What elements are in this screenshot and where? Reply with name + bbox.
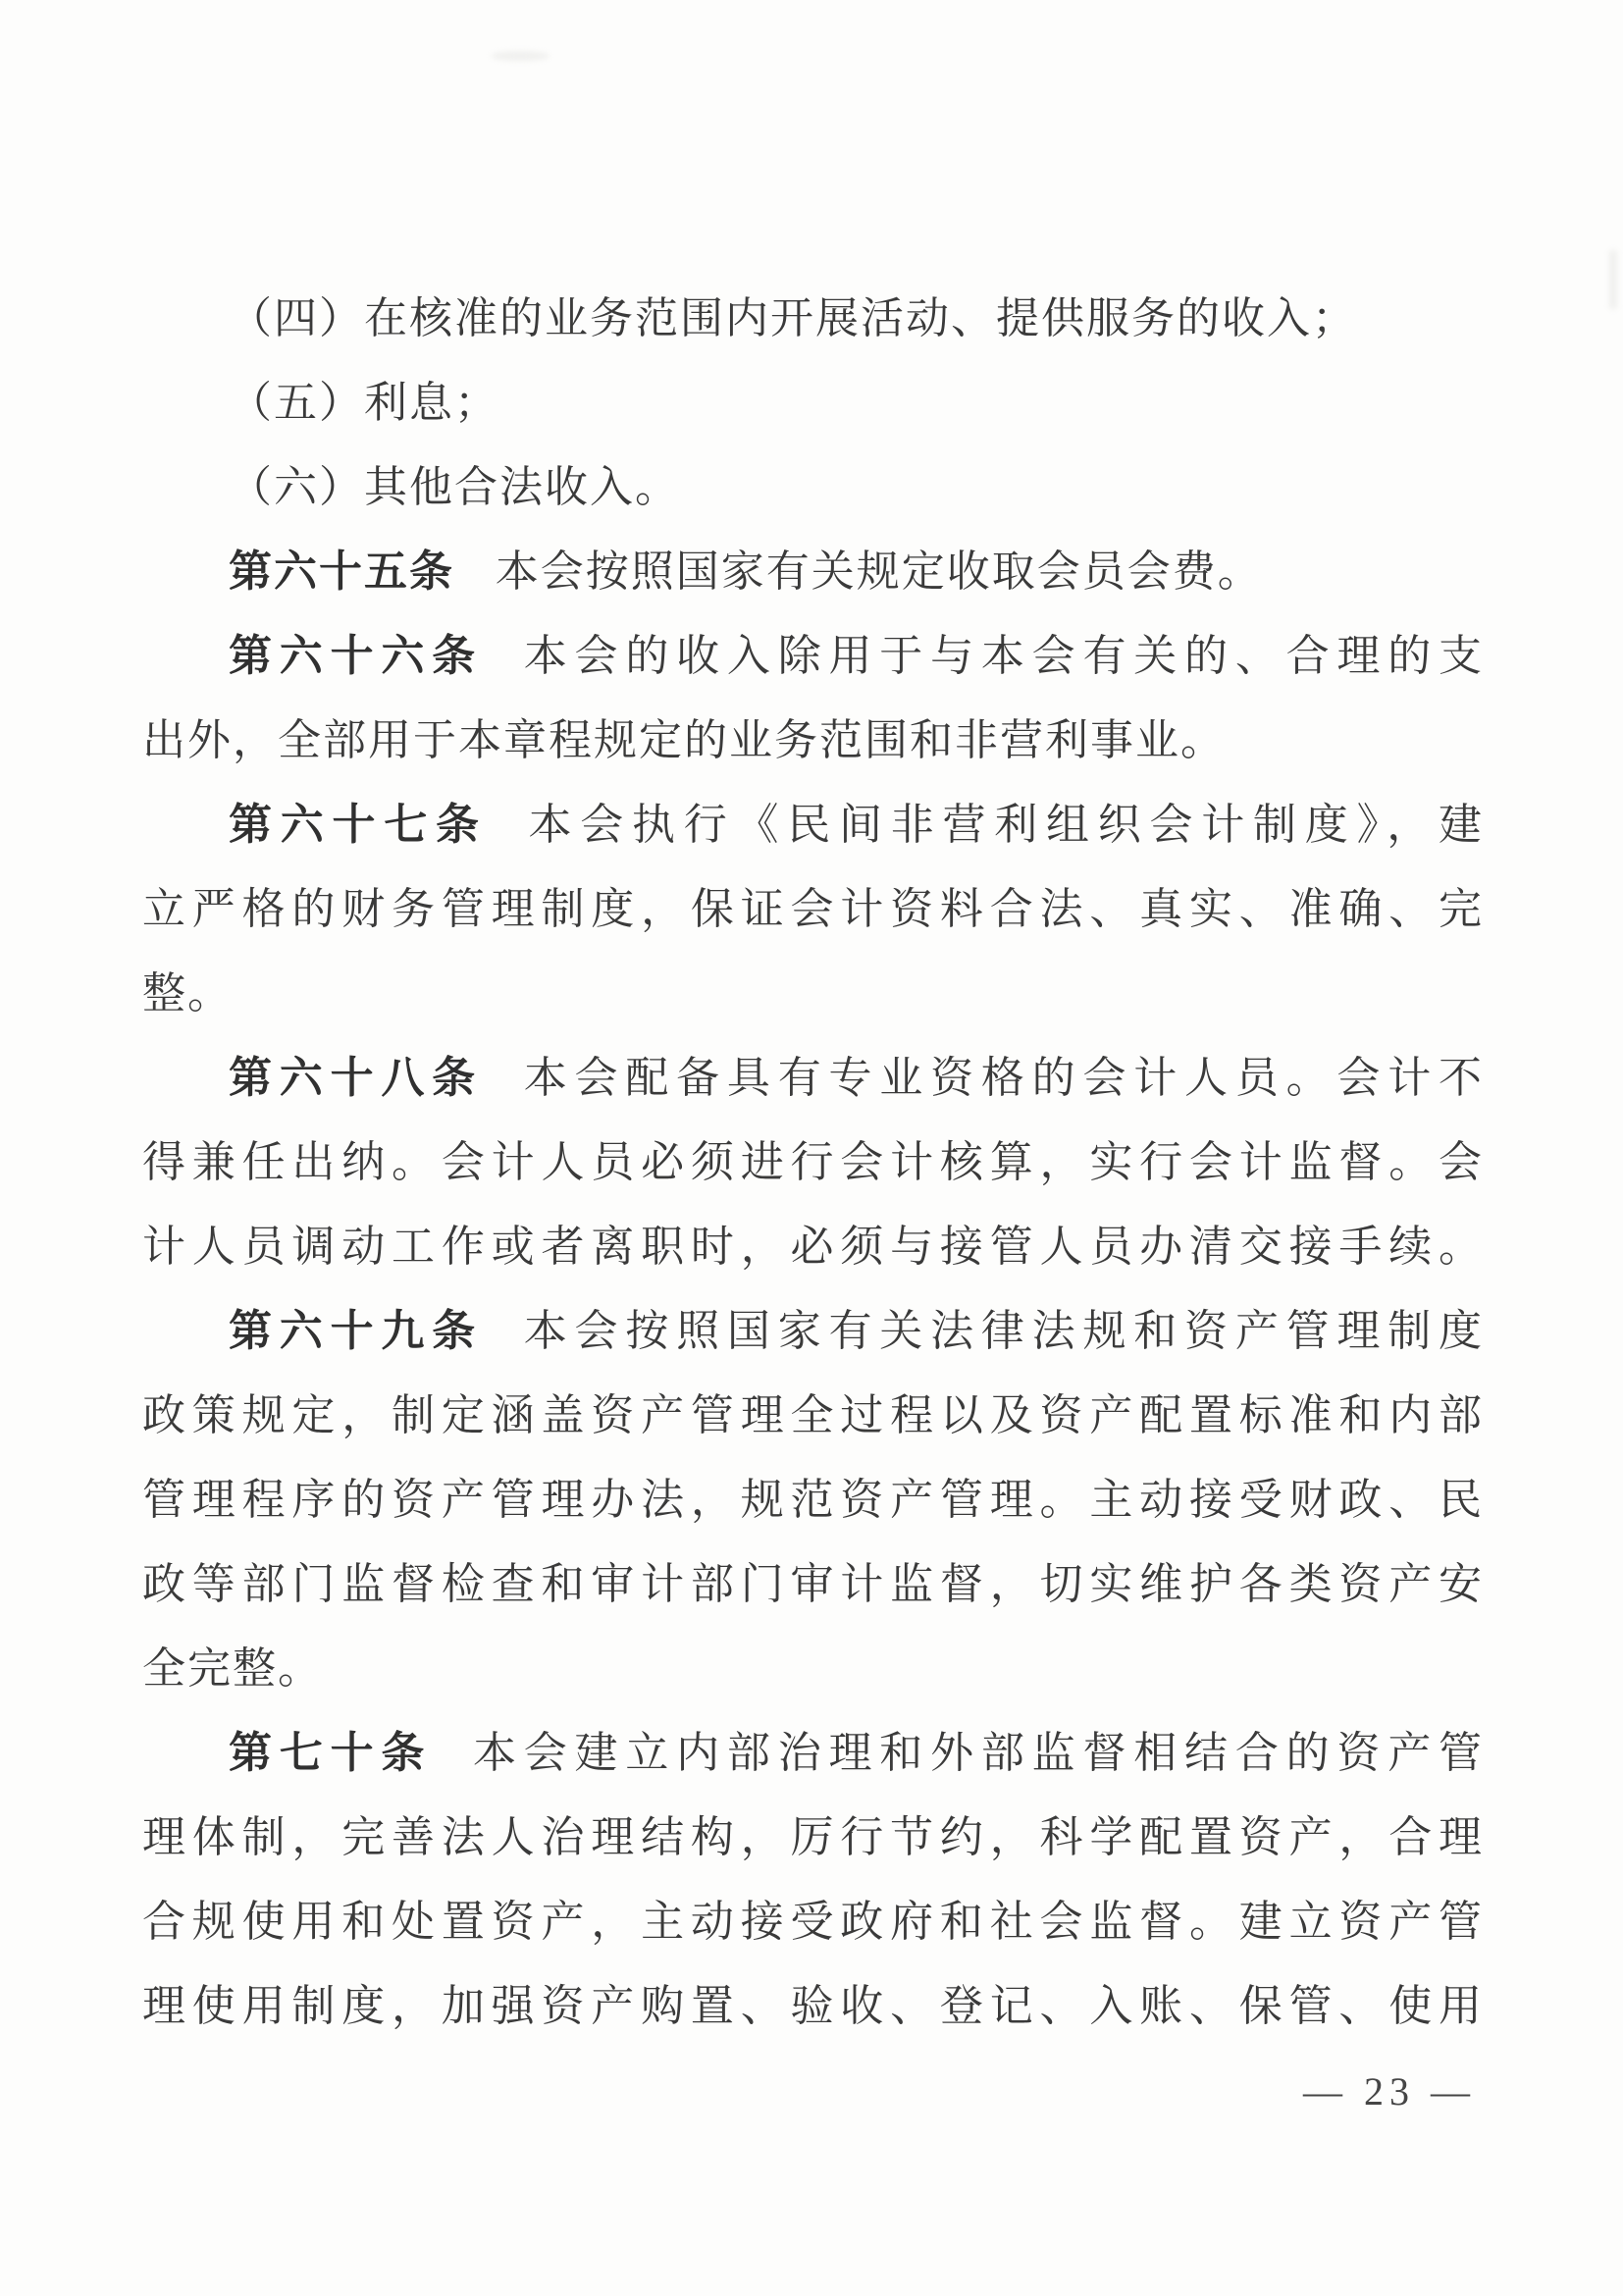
text-line: 管理程序的资产管理办法，规范资产管理。主动接受财政、民: [142, 1458, 1484, 1542]
text-line: （五）利息；: [142, 361, 1484, 445]
article-number: 第六十五条: [229, 548, 454, 596]
article-line: 第七十条本会建立内部治理和外部监督相结合的资产管: [142, 1711, 1484, 1796]
line-text: 本会建立内部治理和外部监督相结合的资产管: [473, 1729, 1484, 1777]
article-line: 第六十七条本会执行《民间非营利组织会计制度》，建: [142, 783, 1484, 867]
line-text: （六）其他合法收入。: [229, 463, 680, 511]
text-line: 合规使用和处置资产，主动接受政府和社会监督。建立资产管: [142, 1880, 1484, 1964]
text-line: 政等部门监督检查和审计部门审计监督，切实维护各类资产安: [142, 1542, 1484, 1627]
text-line: （四）在核准的业务范围内开展活动、提供服务的收入；: [142, 277, 1484, 361]
line-text: 立严格的财务管理制度，保证会计资料合法、真实、准确、完: [142, 885, 1484, 933]
text-line: 得兼任出纳。会计人员必须进行会计核算，实行会计监督。会: [142, 1121, 1484, 1205]
line-text: 理使用制度，加强资产购置、验收、登记、入账、保管、使用: [142, 1982, 1484, 2030]
text-line: 立严格的财务管理制度，保证会计资料合法、真实、准确、完: [142, 867, 1484, 952]
page-number: — 23 —: [142, 2062, 1484, 2121]
text-line: 整。: [142, 952, 1484, 1036]
line-text: 本会执行《民间非营利组织会计制度》，建: [529, 801, 1484, 849]
document-body: （四）在核准的业务范围内开展活动、提供服务的收入；（五）利息；（六）其他合法收入…: [142, 277, 1484, 2049]
line-text: 理体制，完善法人治理结构，厉行节约，科学配置资产，合理: [142, 1813, 1484, 1861]
line-text: 合规使用和处置资产，主动接受政府和社会监督。建立资产管: [142, 1898, 1484, 1946]
line-text: 计人员调动工作或者离职时，必须与接管人员办清交接手续。: [142, 1223, 1484, 1271]
text-line: （六）其他合法收入。: [142, 445, 1484, 530]
article-number: 第七十条: [229, 1729, 432, 1777]
line-text: （四）在核准的业务范围内开展活动、提供服务的收入；: [229, 294, 1357, 342]
line-text: （五）利息；: [229, 379, 499, 427]
article-line: 第六十六条本会的收入除用于与本会有关的、合理的支: [142, 614, 1484, 699]
line-text: 全完整。: [142, 1644, 323, 1693]
line-text: 本会的收入除用于与本会有关的、合理的支: [524, 632, 1484, 680]
article-number: 第六十七条: [229, 801, 488, 849]
text-line: 出外，全部用于本章程规定的业务范围和非营利事业。: [142, 699, 1484, 783]
text-line: 政策规定，制定涵盖资产管理全过程以及资产配置标准和内部: [142, 1374, 1484, 1458]
line-text: 本会按照国家有关规定收取会员会费。: [496, 548, 1263, 596]
article-line: 第六十九条本会按照国家有关法律法规和资产管理制度: [142, 1289, 1484, 1374]
text-line: 理体制，完善法人治理结构，厉行节约，科学配置资产，合理: [142, 1796, 1484, 1880]
line-text: 政等部门监督检查和审计部门审计监督，切实维护各类资产安: [142, 1560, 1484, 1608]
line-text: 得兼任出纳。会计人员必须进行会计核算，实行会计监督。会: [142, 1138, 1484, 1186]
article-line: 第六十八条本会配备具有专业资格的会计人员。会计不: [142, 1036, 1484, 1121]
scan-smudge: [1609, 250, 1617, 309]
text-line: 理使用制度，加强资产购置、验收、登记、入账、保管、使用: [142, 1964, 1484, 2049]
line-text: 政策规定，制定涵盖资产管理全过程以及资产配置标准和内部: [142, 1391, 1484, 1439]
line-text: 本会按照国家有关法律法规和资产管理制度: [524, 1307, 1484, 1355]
scan-smudge: [491, 51, 550, 61]
line-text: 出外，全部用于本章程规定的业务范围和非营利事业。: [142, 716, 1226, 764]
article-number: 第六十六条: [229, 632, 483, 680]
text-line: 计人员调动工作或者离职时，必须与接管人员办清交接手续。: [142, 1205, 1484, 1289]
article-number: 第六十九条: [229, 1307, 483, 1355]
article-number: 第六十八条: [229, 1054, 483, 1102]
line-text: 管理程序的资产管理办法，规范资产管理。主动接受财政、民: [142, 1476, 1484, 1524]
text-line: 全完整。: [142, 1627, 1484, 1711]
line-text: 本会配备具有专业资格的会计人员。会计不: [524, 1054, 1484, 1102]
line-text: 整。: [142, 969, 233, 1018]
article-line: 第六十五条本会按照国家有关规定收取会员会费。: [142, 530, 1484, 614]
document-page: （四）在核准的业务范围内开展活动、提供服务的收入；（五）利息；（六）其他合法收入…: [0, 0, 1623, 2296]
